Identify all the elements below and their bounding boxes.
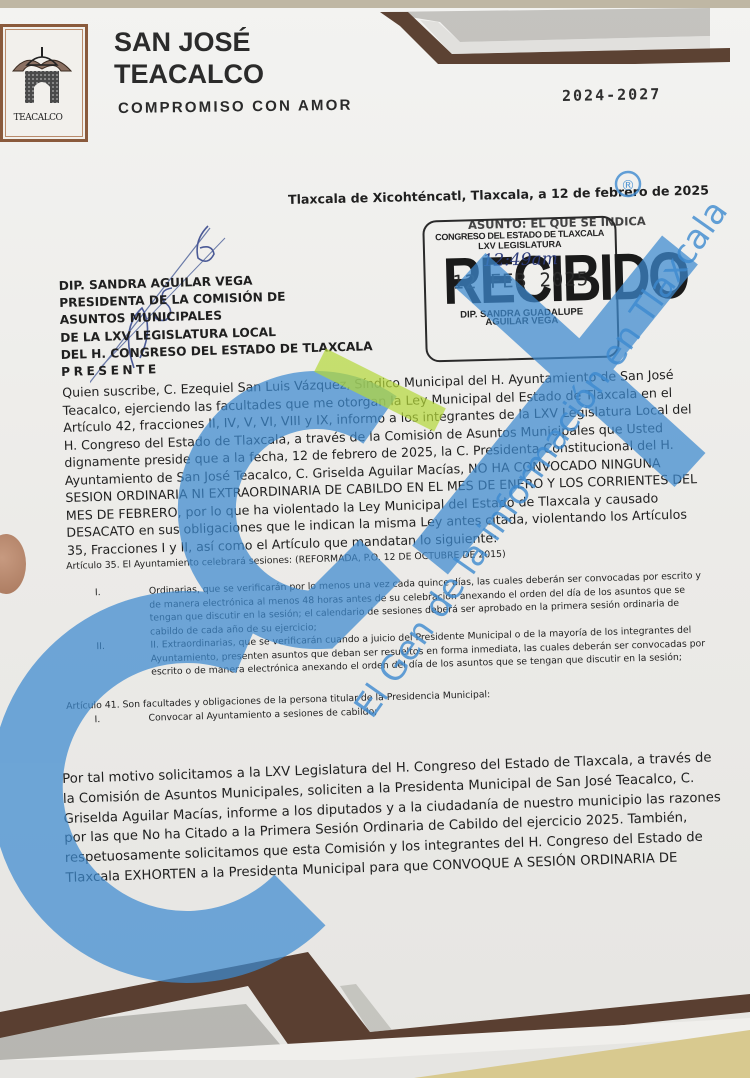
body-paragraph-2: Por tal motivo solicitamos a la LXV Legi…: [62, 748, 742, 889]
received-stamp: CONGRESO DEL ESTADO DE TLAXCALA LXV LEGI…: [422, 215, 620, 362]
slogan: COMPROMISO CON AMOR: [118, 97, 353, 117]
fingertip: [0, 534, 26, 594]
addressee-block: DIP. SANDRA AGUILAR VEGA PRESIDENTA DE L…: [59, 269, 374, 381]
article-41-quote: Artículo 41. Son facultades y obligacion…: [66, 682, 726, 727]
fraction-number: I.: [94, 713, 100, 727]
document-photo: TEACALCO SAN JOSÉ TEACALCO COMPROMISO CO…: [0, 0, 750, 1078]
fraction-number: I.: [95, 586, 101, 600]
article-35-quote: Artículo 35. El Ayuntamiento celebrará s…: [66, 542, 729, 682]
body-paragraph-1: Quien suscribe, C. Ezequiel San Luis Váz…: [62, 364, 743, 559]
title-line-1: SAN JOSÉ: [114, 26, 264, 58]
arch-emblem-icon: [7, 41, 77, 111]
footer-decoration: [0, 940, 750, 1060]
municipality-title: SAN JOSÉ TEACALCO: [114, 26, 264, 90]
municipal-logo: TEACALCO: [0, 24, 88, 142]
logo-label: TEACALCO: [3, 113, 73, 123]
header-decoration: [380, 8, 730, 64]
paper-edge-shadow: [0, 0, 750, 8]
administration-period: 2024-2027: [562, 85, 662, 105]
place-and-date: Tlaxcala de Xicohténcatl, Tlaxcala, a 12…: [288, 182, 709, 207]
fraction-number: II.: [96, 640, 105, 654]
title-line-2: TEACALCO: [114, 58, 264, 90]
